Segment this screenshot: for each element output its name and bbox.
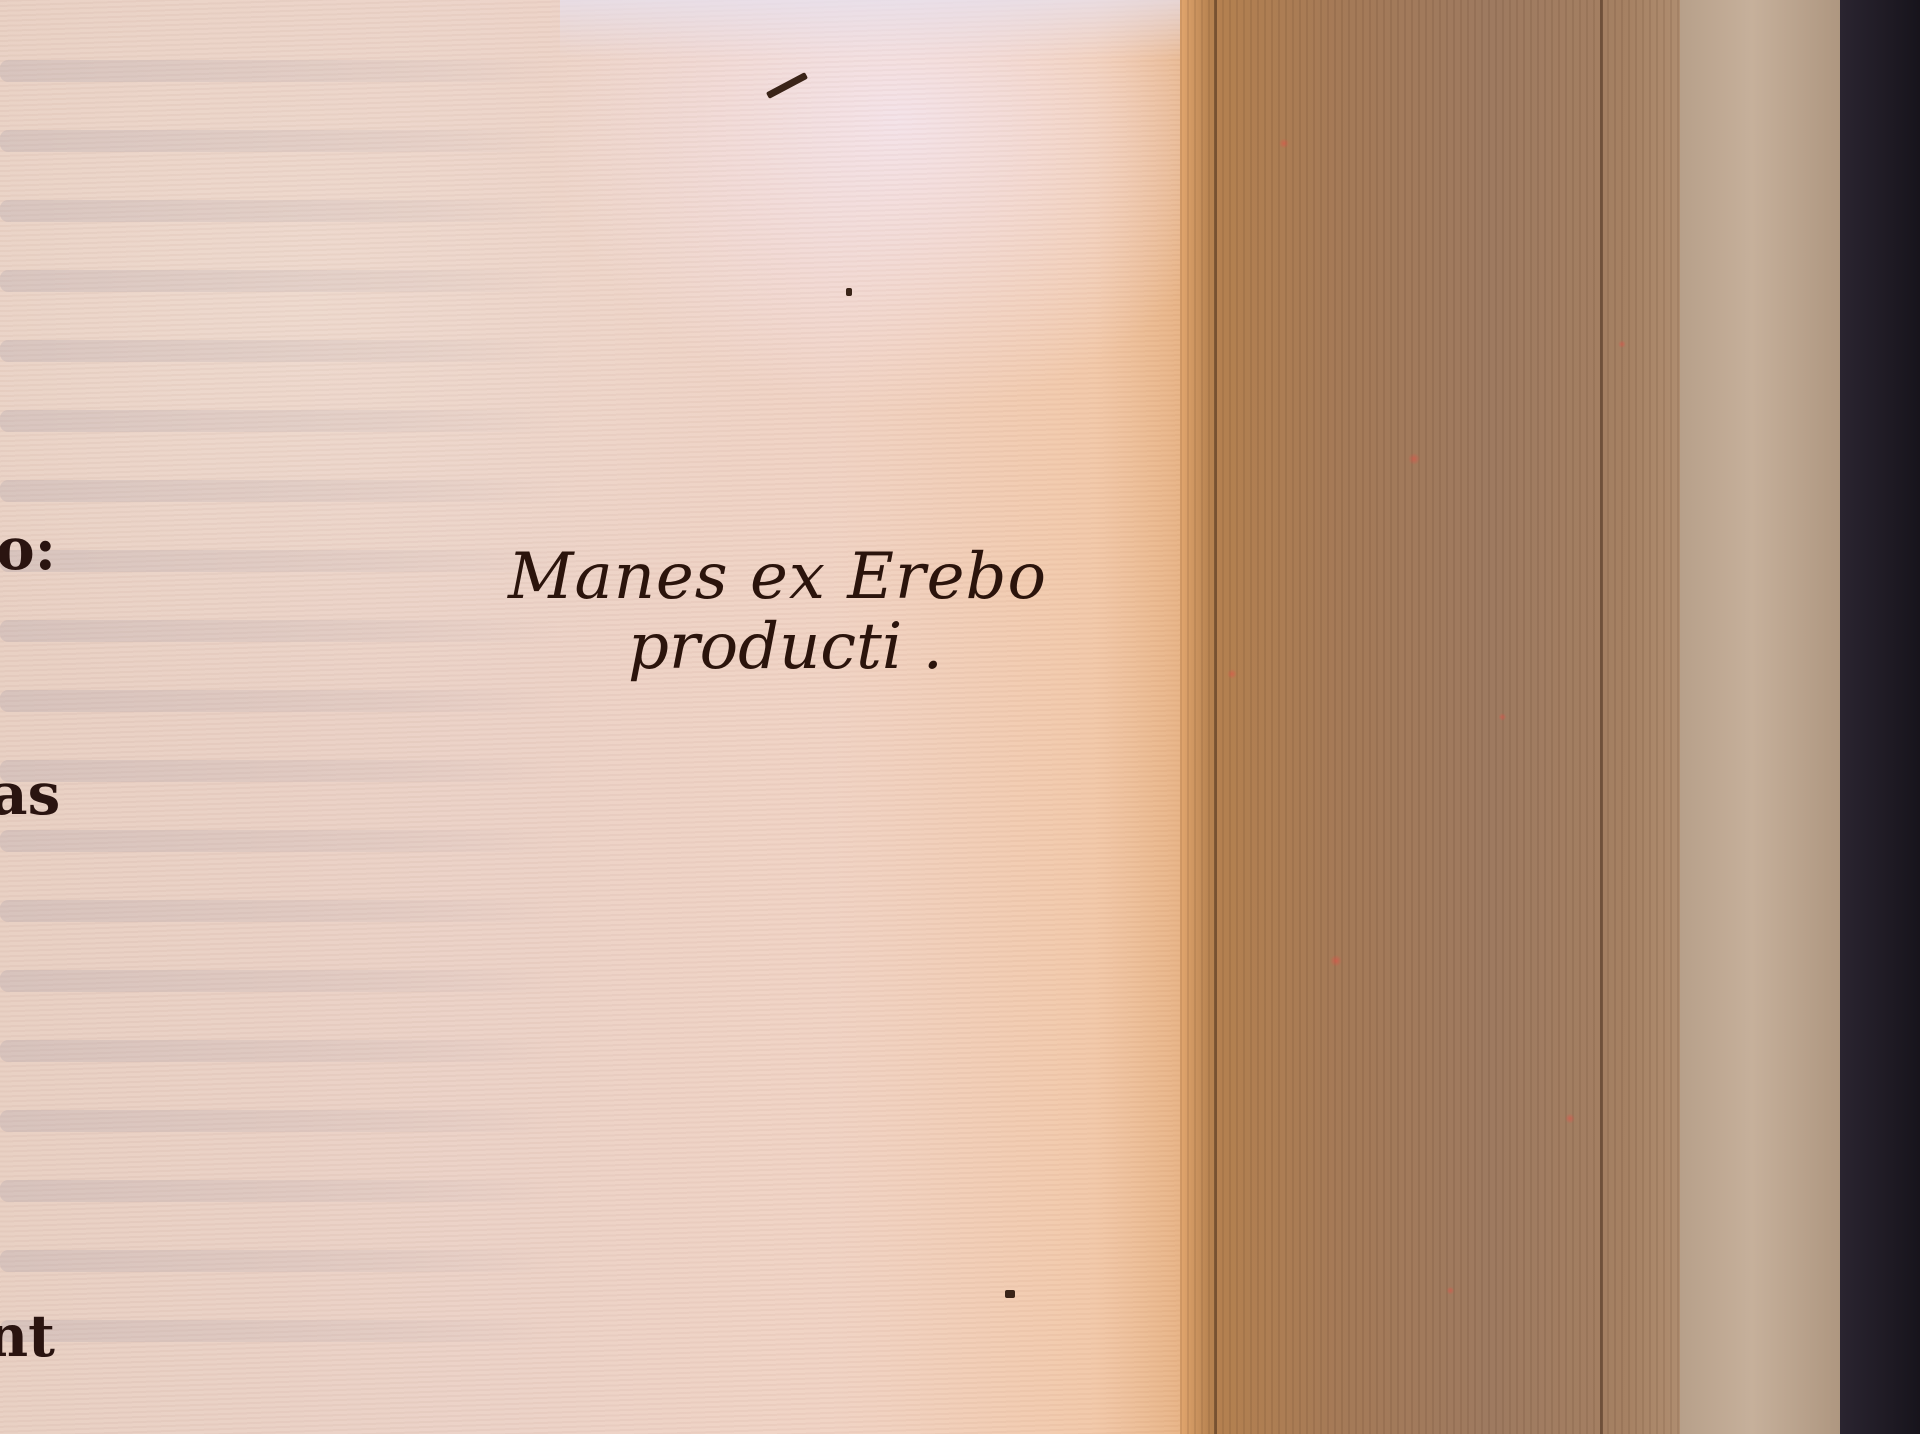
red-sprinkled-edge bbox=[1180, 0, 1700, 1434]
printed-fragment: o: bbox=[0, 520, 56, 578]
ghost-line bbox=[0, 1180, 560, 1202]
ghost-line bbox=[0, 1250, 560, 1272]
ghost-line bbox=[0, 900, 560, 922]
ghost-line bbox=[0, 1110, 560, 1132]
ghost-line bbox=[0, 60, 560, 82]
ghost-line bbox=[0, 550, 560, 572]
ghost-line bbox=[0, 340, 560, 362]
photo-scene: o: as nt Manes ex Erebo producti . bbox=[0, 0, 1920, 1434]
glare bbox=[560, 0, 1260, 60]
inscription-line-2: producti . bbox=[628, 610, 1047, 684]
ghost-line bbox=[0, 200, 560, 222]
ink-speck bbox=[846, 288, 852, 296]
printed-fragment: as bbox=[0, 765, 60, 823]
ghost-line bbox=[0, 830, 560, 852]
ghost-line bbox=[0, 480, 560, 502]
handwritten-inscription: Manes ex Erebo producti . bbox=[508, 540, 1047, 684]
show-through-text bbox=[0, 60, 560, 1390]
ghost-line bbox=[0, 760, 560, 782]
ghost-line bbox=[0, 620, 560, 642]
ghost-line bbox=[0, 1320, 560, 1342]
edge-line bbox=[1600, 0, 1603, 1434]
page-edges bbox=[1180, 0, 1700, 1434]
book-page: o: as nt Manes ex Erebo producti . bbox=[0, 0, 1190, 1434]
ghost-line bbox=[0, 970, 560, 992]
book-board bbox=[1680, 0, 1860, 1434]
ghost-line bbox=[0, 410, 560, 432]
ghost-line bbox=[0, 130, 560, 152]
inscription-line-1: Manes ex Erebo bbox=[508, 540, 1047, 614]
printed-fragment: nt bbox=[0, 1307, 55, 1365]
ink-speck bbox=[1005, 1290, 1015, 1298]
ghost-line bbox=[0, 690, 560, 712]
dark-background bbox=[1840, 0, 1920, 1434]
ghost-line bbox=[0, 270, 560, 292]
edge-line bbox=[1214, 0, 1217, 1434]
ghost-line bbox=[0, 1040, 560, 1062]
